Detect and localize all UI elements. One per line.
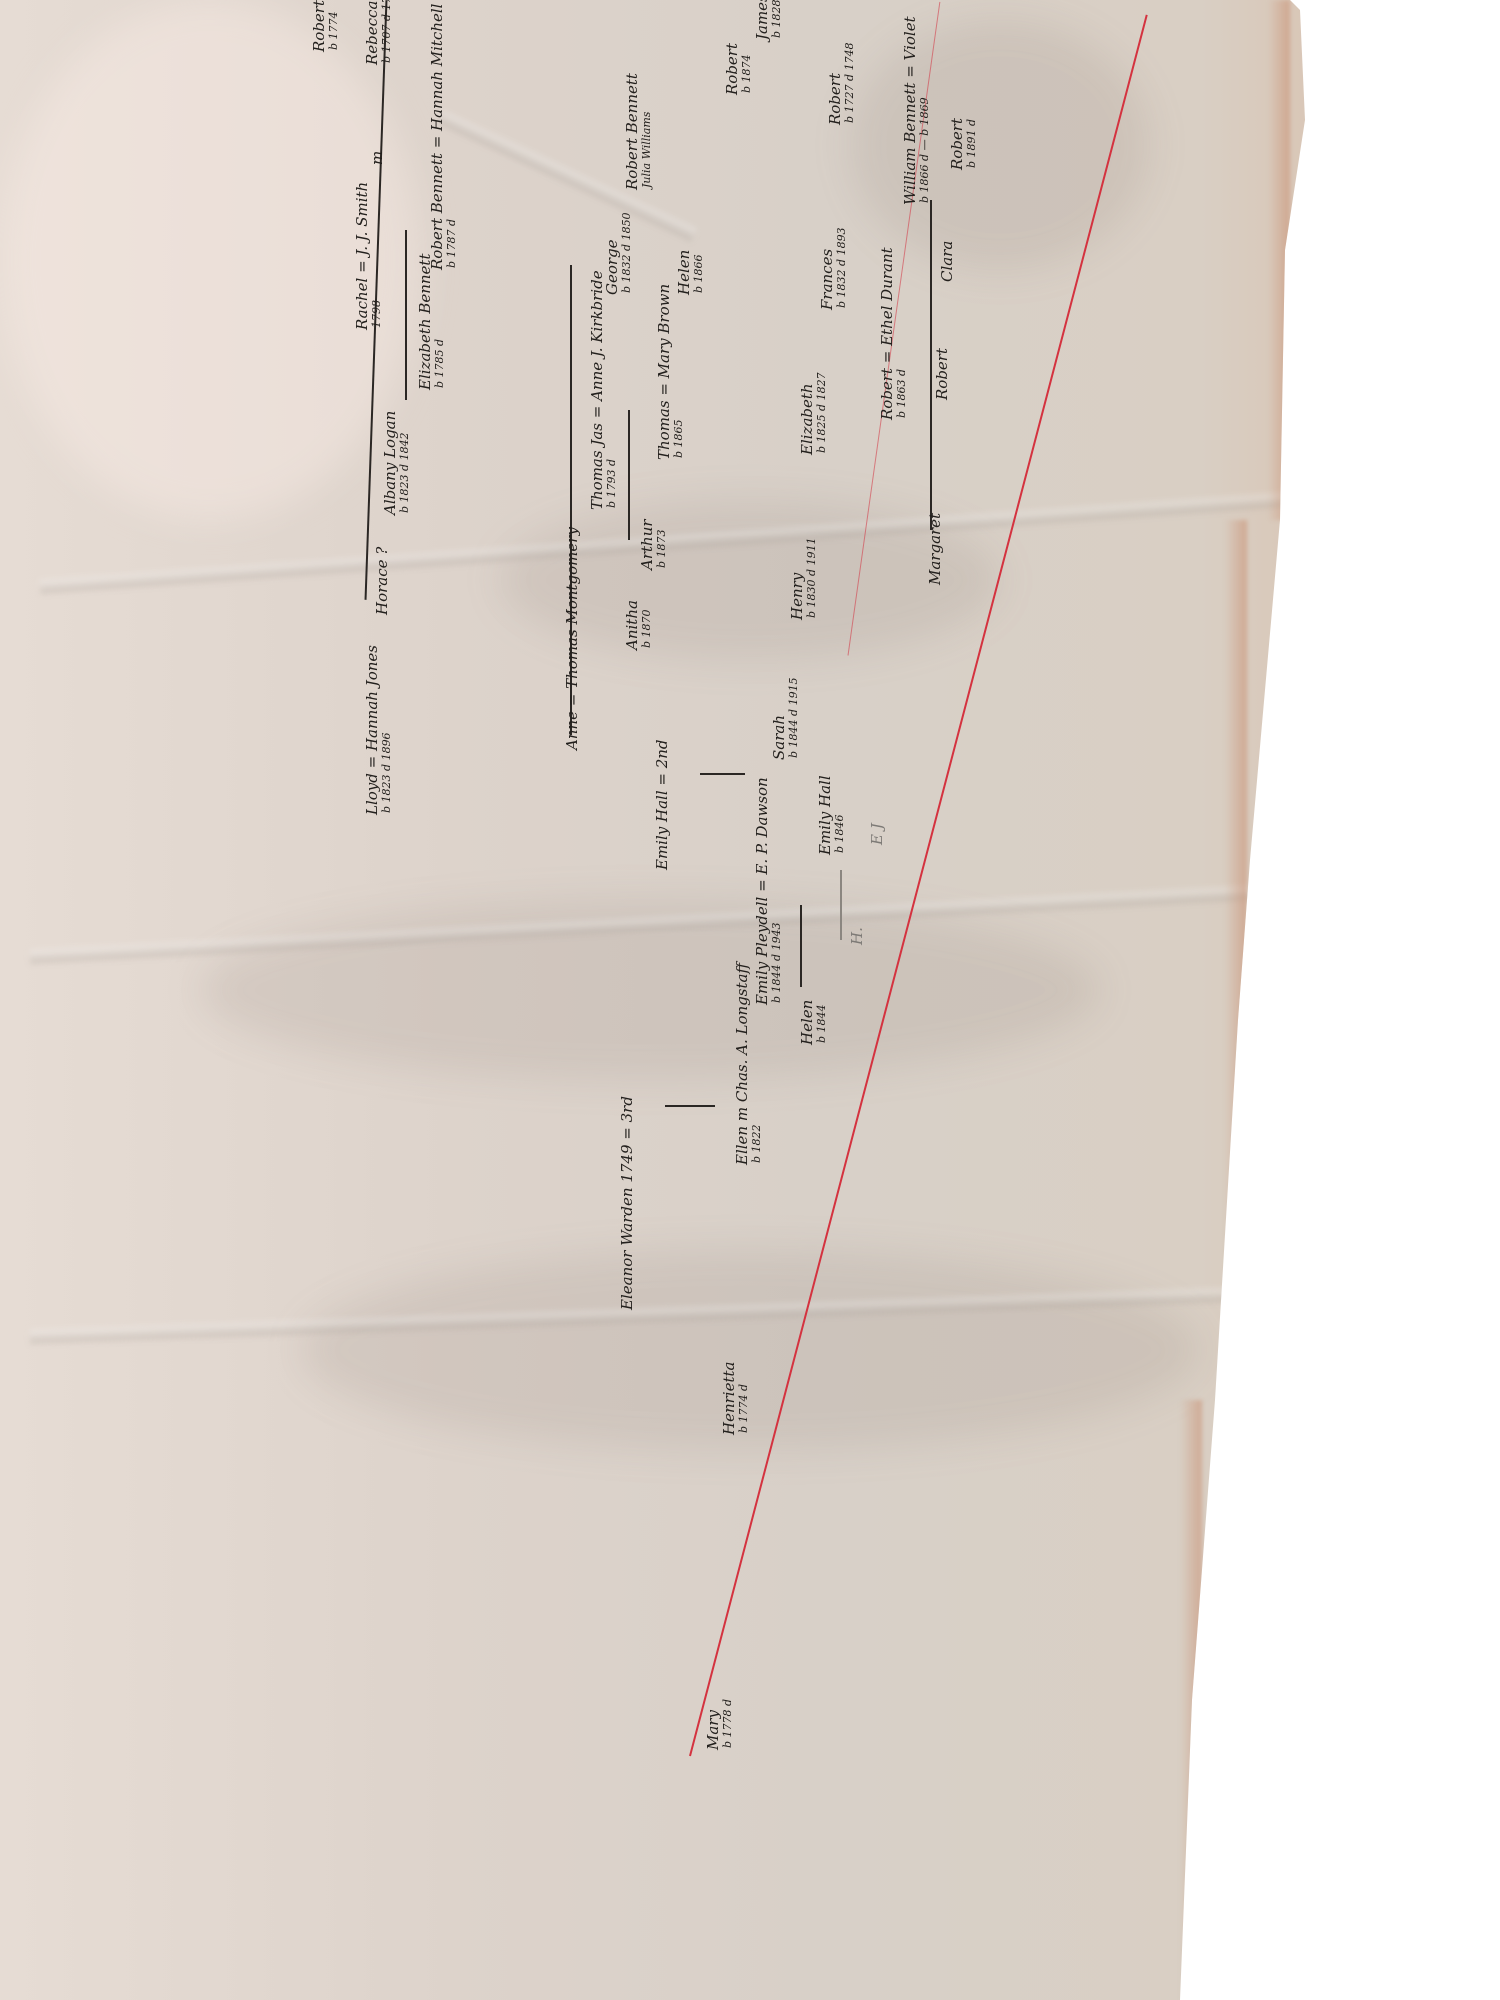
entry-clara: Clara: [940, 241, 956, 282]
entry-elizabeth-1825: Elizabethb 1825 d 1827: [800, 372, 827, 455]
entry-anne-thomas-montgomery: Anne = Thomas Montgomery: [565, 527, 581, 750]
entry-horace: Horace ?: [375, 547, 391, 615]
pencil-bracket: [840, 870, 842, 940]
entry-emily-hall-child: Emily Hallb 1846: [818, 775, 845, 855]
entry-rachel-smith: Rachel = J. J. Smith1798: [355, 182, 382, 330]
entry-robert-bennett-hannah-mitchell: Robert Bennett = Hannah Mitchellb 1787 d: [430, 4, 457, 270]
entry-rebecca: Rebeccab 1707 d 1764: [365, 0, 392, 65]
bracket-eleanor-warden: [665, 1105, 715, 1107]
entry-h-pencil: H.: [850, 927, 866, 945]
entry-elizabeth-bennett: Elizabeth Bennettb 1785 d: [418, 254, 445, 390]
entry-robert-ethel-durant: Robert = Ethel Durantb 1863 d: [880, 247, 907, 420]
entry-sarah: Sarahb 1844 d 1915: [772, 677, 799, 760]
bracket-generation-4: [628, 410, 630, 540]
entry-henrietta: Henriettab 1774 d: [722, 1362, 749, 1435]
entry-robert-1874: Robertb 1874: [725, 43, 752, 95]
entry-frances: Francesb 1832 d 1893: [820, 227, 847, 310]
entry-henry: Henryb 1830 d 1911: [790, 537, 817, 620]
entry-ej-pencil: E J: [870, 823, 886, 845]
entry-helen-1844: Helenb 1844: [800, 1000, 827, 1045]
entry-james-brazil: James (Brazil)b 1828: [755, 0, 782, 40]
entry-robert-child: Robert: [935, 348, 951, 400]
entry-anitha: Anithab 1870: [625, 600, 652, 650]
entry-robert-1891: Robertb 1891 d: [950, 118, 977, 170]
entry-emily-hall-2nd: Emily Hall = 2nd: [655, 739, 671, 870]
bracket-generation-2: [405, 230, 407, 400]
entry-m: m: [370, 151, 386, 165]
entry-mary: Maryb 1778 d: [706, 1699, 733, 1750]
entry-thomas-mary-brown: Thomas = Mary Brownb 1865: [657, 284, 684, 460]
bracket-emily-hall: [700, 773, 745, 775]
bracket-dawson-children: [800, 905, 802, 987]
bracket-robert-line: [930, 200, 932, 530]
entry-robert-bennett-julia-williams: Robert BennettJulia Williams: [625, 73, 652, 190]
entry-robert-1727: Robertb 1727 d 1748: [828, 42, 855, 125]
entry-thomas-anne-kirkbride: Thomas Jas = Anne J. Kirkbrideb 1793 d: [590, 270, 617, 510]
entry-margaret: Margaret: [928, 513, 944, 585]
entry-robert-1774: Robertb 1774: [312, 0, 339, 52]
entry-albany-logan: Albany Loganb 1823 d 1842: [383, 411, 410, 515]
entry-william-bennett-violet: William Bennett = Violetb 1866 d — b 186…: [903, 16, 930, 205]
entry-ellen-longstaff: Ellen m Chas. A. Longstaffb 1822: [735, 963, 762, 1165]
entry-lloyd-hannah-jones: Lloyd = Hannah Jonesb 1823 d 1896: [365, 645, 392, 815]
entry-arthur: Arthurb 1873: [640, 519, 667, 570]
entry-eleanor-warden: Eleanor Warden 1749 = 3rd: [620, 1096, 636, 1310]
